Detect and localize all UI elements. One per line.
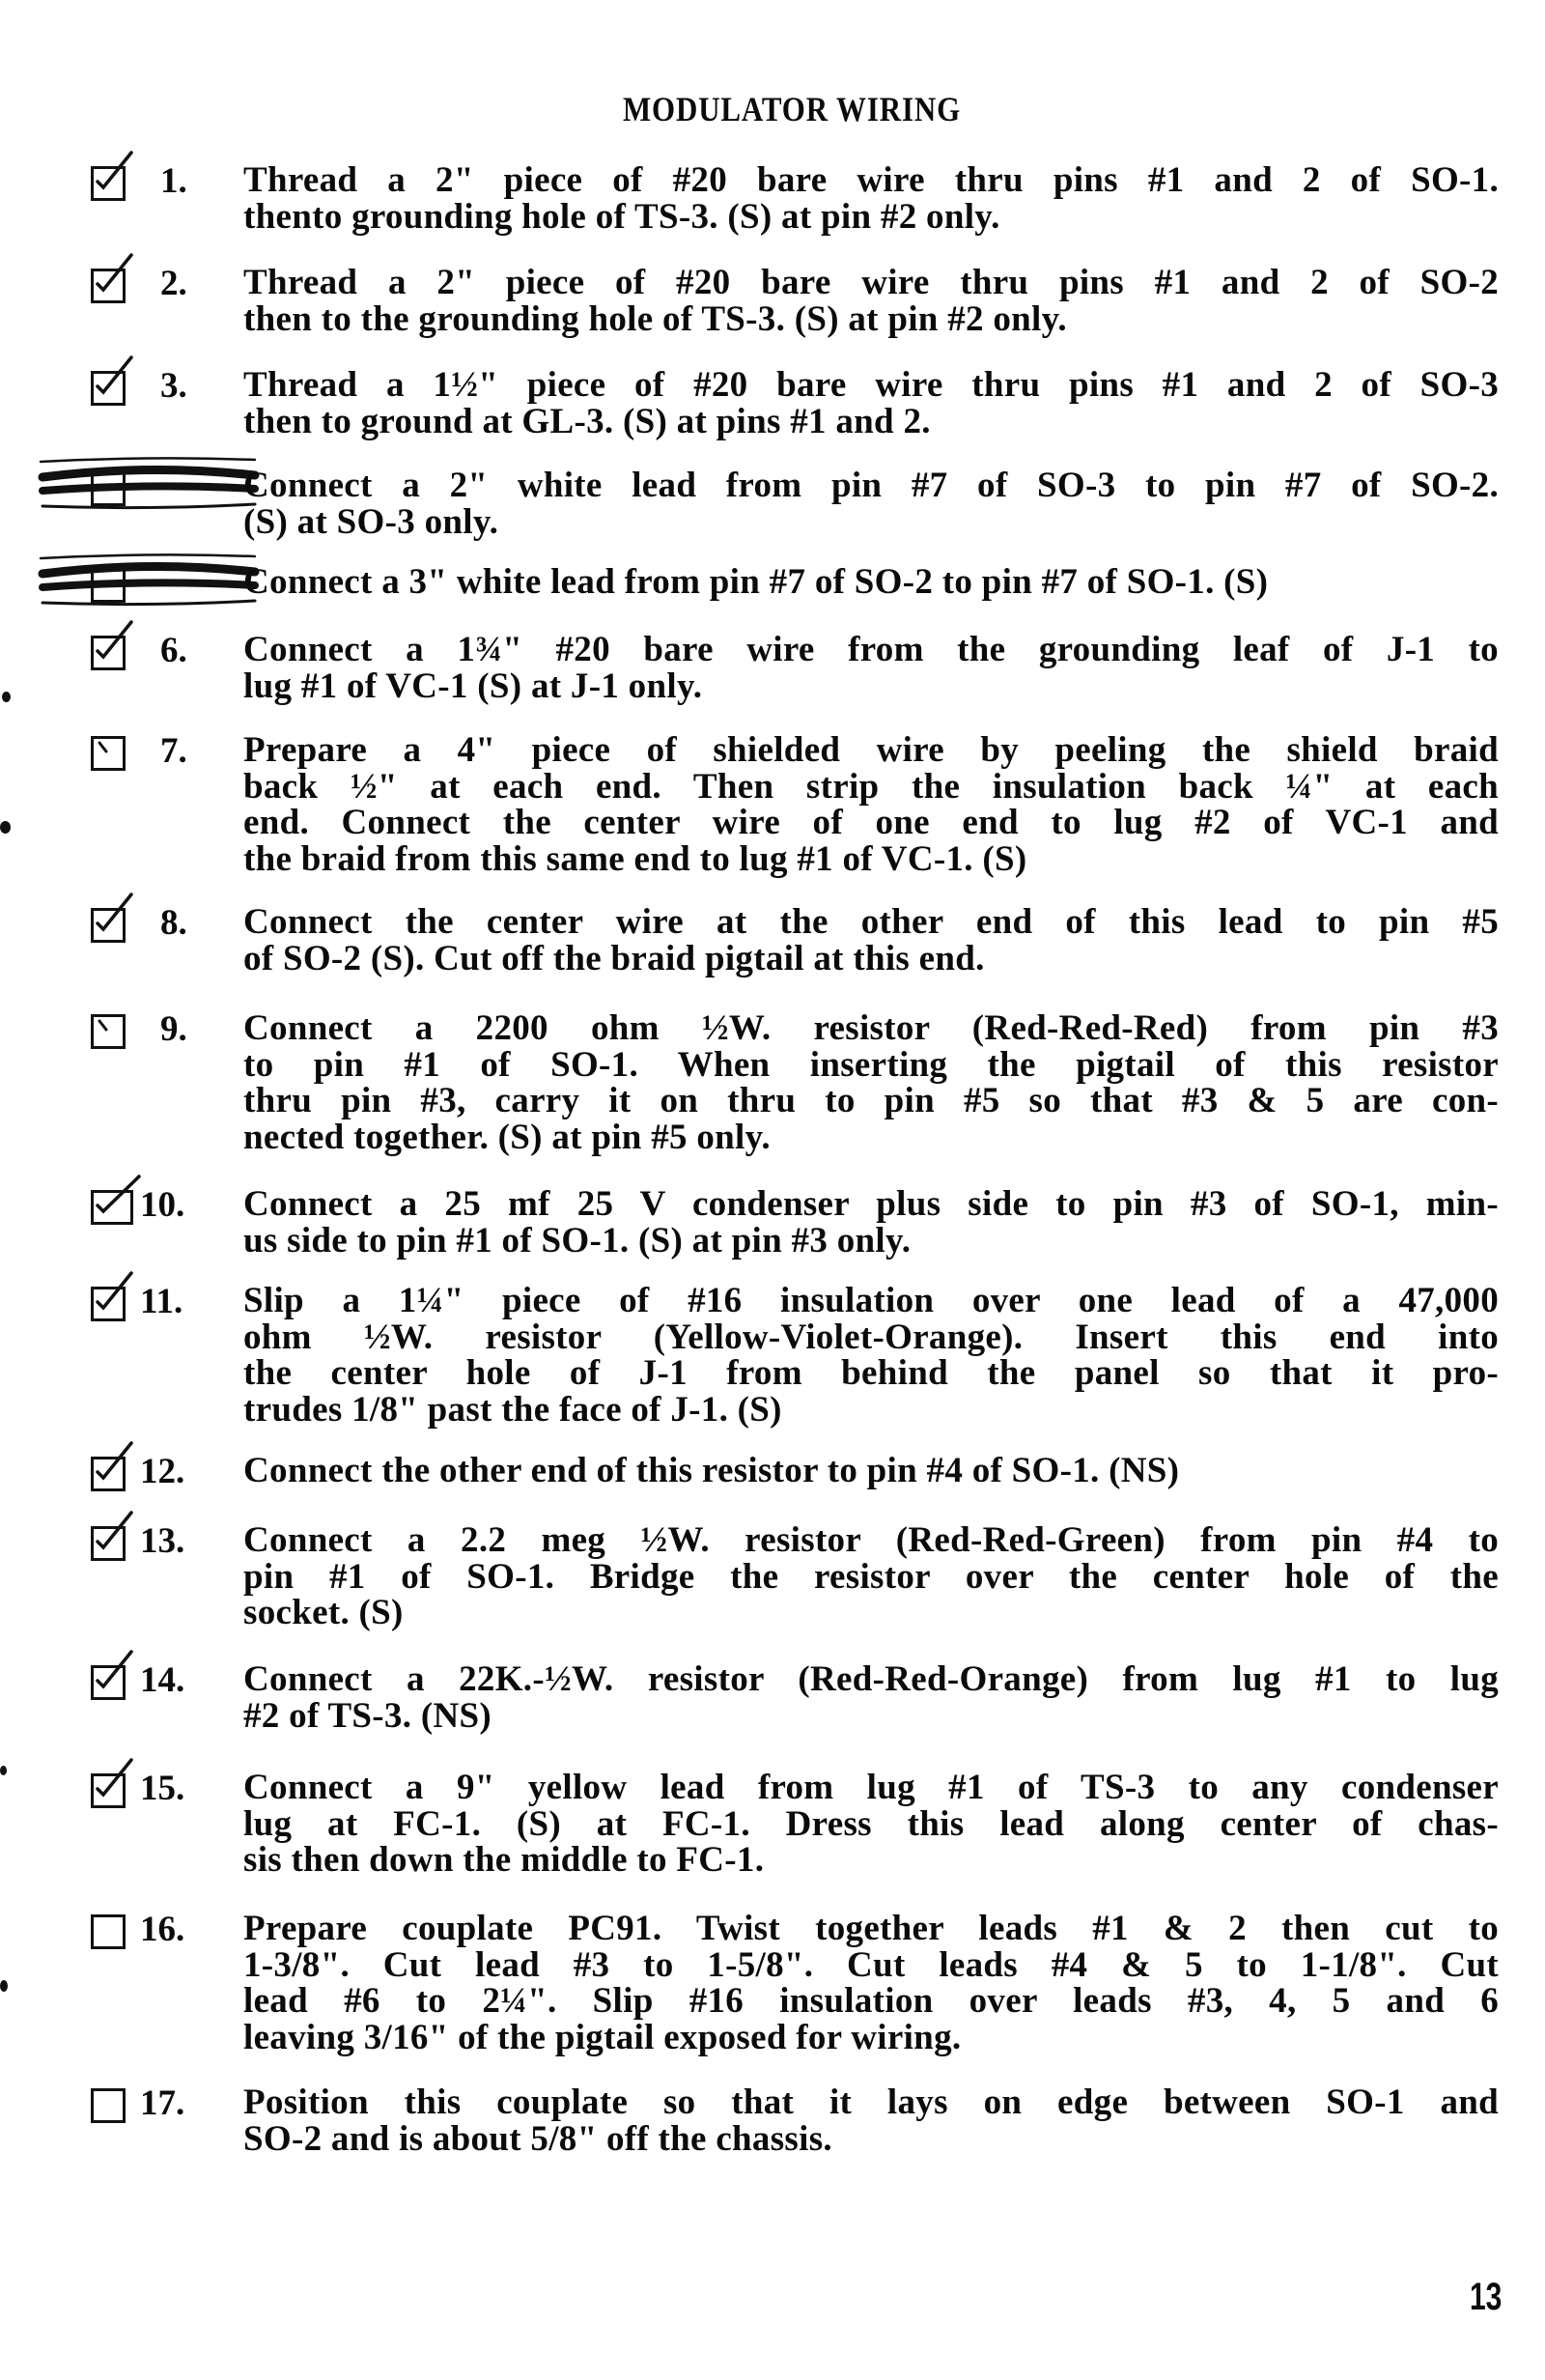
checkbox-checked-icon[interactable] [91, 636, 126, 670]
step-number: 7. [160, 730, 187, 772]
instruction-line: Connect a 3" white lead from pin #7 of S… [243, 564, 1499, 601]
step-instruction: Thread a 2" piece of #20 bare wire thru … [243, 265, 1499, 337]
checkbox-empty-icon[interactable] [91, 2088, 126, 2123]
step-instruction: Connect a 25 mf 25 V condenser plus side… [243, 1186, 1499, 1259]
instruction-line: SO-2 and is about 5/8" off the chassis. [243, 2121, 1499, 2158]
instruction-line: lug at FC-1. (S) at FC-1. Dress this lea… [243, 1806, 1499, 1843]
instruction-line: back ½" at each end. Then strip the insu… [243, 769, 1499, 806]
instruction-line: ohm ½W. resistor (Yellow-Violet-Orange).… [243, 1319, 1499, 1356]
step-instruction: Connect a 2" white lead from pin #7 of S… [243, 467, 1499, 540]
instruction-line: Connect a 22K.-½W. resistor (Red-Red-Ora… [243, 1661, 1499, 1698]
step-number: 15. [140, 1768, 184, 1809]
checkbox-struck-out-icon[interactable] [91, 568, 126, 603]
instruction-line: Connect the center wire at the other end… [243, 904, 1499, 941]
instruction-line: pin #1 of SO-1. Bridge the resistor over… [243, 1559, 1499, 1596]
step-number: 14. [140, 1659, 184, 1701]
instruction-line: #2 of TS-3. (NS) [243, 1698, 1499, 1735]
instruction-line: Connect a 2.2 meg ½W. resistor (Red-Red-… [243, 1522, 1499, 1559]
instruction-line: 1-3/8". Cut lead #3 to 1-5/8". Cut leads… [243, 1947, 1499, 1984]
scan-speck [0, 821, 11, 834]
step-number: 16. [140, 1909, 184, 1950]
step-number: 9. [160, 1008, 187, 1050]
step-instruction: Slip a 1¼" piece of #16 insulation over … [243, 1283, 1499, 1428]
step-number: 1. [160, 160, 187, 202]
instruction-line: Position this couplate so that it lays o… [243, 2084, 1499, 2121]
instruction-line: the center hole of J-1 from behind the p… [243, 1355, 1499, 1392]
instruction-line: trudes 1/8" past the face of J-1. (S) [243, 1392, 1499, 1429]
instruction-line: Thread a 2" piece of #20 bare wire thru … [243, 265, 1499, 301]
page-number: 13 [1470, 2276, 1502, 2319]
instruction-line: end. Connect the center wire of one end … [243, 805, 1499, 841]
instruction-line: Thread a 1½" piece of #20 bare wire thru… [243, 367, 1499, 404]
scan-speck [2, 692, 11, 702]
step-instruction: Connect the center wire at the other end… [243, 904, 1499, 977]
step-number: 8. [160, 902, 187, 944]
checkbox-checked-icon[interactable] [91, 1773, 126, 1808]
checkbox-checked-icon[interactable] [91, 1665, 126, 1700]
checkbox-checked-icon[interactable] [91, 908, 126, 943]
checkbox-empty-icon[interactable] [91, 1914, 126, 1949]
instruction-line: Slip a 1¼" piece of #16 insulation over … [243, 1283, 1499, 1319]
instruction-line: Connect the other end of this resistor t… [243, 1453, 1499, 1489]
scan-speck [0, 1980, 8, 1992]
step-instruction: Prepare a 4" piece of shielded wire by p… [243, 732, 1499, 877]
instruction-line: leaving 3/16" of the pigtail exposed for… [243, 2020, 1499, 2056]
instruction-line: thento grounding hole of TS-3. (S) at pi… [243, 199, 1499, 236]
checkbox-checked-icon[interactable] [91, 371, 126, 406]
checkbox-checked-icon[interactable] [91, 1457, 126, 1491]
instruction-line: Connect a 2" white lead from pin #7 of S… [243, 467, 1499, 504]
checkbox-checked-icon[interactable] [91, 166, 126, 201]
step-instruction: Connect the other end of this resistor t… [243, 1453, 1499, 1489]
instruction-line: Connect a 9" yellow lead from lug #1 of … [243, 1770, 1499, 1806]
checkbox-checked-icon[interactable] [91, 1526, 126, 1561]
checkbox-partial-mark-icon[interactable] [91, 1014, 126, 1049]
step-instruction: Position this couplate so that it lays o… [243, 2084, 1499, 2157]
step-instruction: Connect a 3" white lead from pin #7 of S… [243, 564, 1499, 601]
step-number: 2. [160, 263, 187, 304]
instruction-line: Connect a 25 mf 25 V condenser plus side… [243, 1186, 1499, 1223]
instruction-line: Connect a 1¾" #20 bare wire from the gro… [243, 632, 1499, 668]
step-instruction: Connect a 1¾" #20 bare wire from the gro… [243, 632, 1499, 704]
instruction-line: the braid from this same end to lug #1 o… [243, 841, 1499, 878]
instruction-line: nected together. (S) at pin #5 only. [243, 1119, 1499, 1156]
step-instruction: Thread a 2" piece of #20 bare wire thru … [243, 162, 1499, 235]
instruction-line: Prepare couplate PC91. Twist together le… [243, 1911, 1499, 1947]
instruction-line: Prepare a 4" piece of shielded wire by p… [243, 732, 1499, 769]
instruction-line: to pin #1 of SO-1. When inserting the pi… [243, 1047, 1499, 1084]
instruction-line: socket. (S) [243, 1595, 1499, 1631]
checkbox-struck-out-icon[interactable] [91, 471, 126, 506]
instruction-line: Connect a 2200 ohm ½W. resistor (Red-Red… [243, 1010, 1499, 1047]
instruction-line: us side to pin #1 of SO-1. (S) at pin #3… [243, 1223, 1499, 1260]
checkbox-checked-icon[interactable] [91, 1287, 126, 1321]
instruction-line: then to ground at GL-3. (S) at pins #1 a… [243, 404, 1499, 440]
step-number: 11. [140, 1281, 183, 1322]
step-instruction: Connect a 9" yellow lead from lug #1 of … [243, 1770, 1499, 1879]
step-instruction: Connect a 2.2 meg ½W. resistor (Red-Red-… [243, 1522, 1499, 1631]
step-number: 13. [140, 1520, 184, 1562]
checkbox-checked-icon[interactable] [91, 1190, 133, 1225]
instruction-line: thru pin #3, carry it on thru to pin #5 … [243, 1083, 1499, 1119]
step-number: 6. [160, 630, 187, 671]
instruction-line: lug #1 of VC-1 (S) at J-1 only. [243, 668, 1499, 705]
instruction-line: Thread a 2" piece of #20 bare wire thru … [243, 162, 1499, 199]
step-instruction: Connect a 22K.-½W. resistor (Red-Red-Ora… [243, 1661, 1499, 1734]
step-instruction: Prepare couplate PC91. Twist together le… [243, 1911, 1499, 2055]
instruction-line: sis then down the middle to FC-1. [243, 1842, 1499, 1879]
step-number: 10. [140, 1184, 184, 1226]
step-number: 17. [140, 2082, 184, 2124]
scan-speck [0, 1766, 7, 1775]
instruction-line: lead #6 to 2¼". Slip #16 insulation over… [243, 1983, 1499, 2020]
instruction-line: of SO-2 (S). Cut off the braid pigtail a… [243, 941, 1499, 977]
page-title: MODULATOR WIRING [111, 89, 1473, 129]
instruction-line: then to the grounding hole of TS-3. (S) … [243, 301, 1499, 338]
checkbox-partial-mark-icon[interactable] [91, 736, 126, 771]
step-number: 12. [140, 1451, 184, 1492]
step-instruction: Connect a 2200 ohm ½W. resistor (Red-Red… [243, 1010, 1499, 1155]
step-instruction: Thread a 1½" piece of #20 bare wire thru… [243, 367, 1499, 439]
step-number: 3. [160, 365, 187, 407]
checkbox-checked-icon[interactable] [91, 269, 126, 303]
instruction-line: (S) at SO-3 only. [243, 504, 1499, 541]
